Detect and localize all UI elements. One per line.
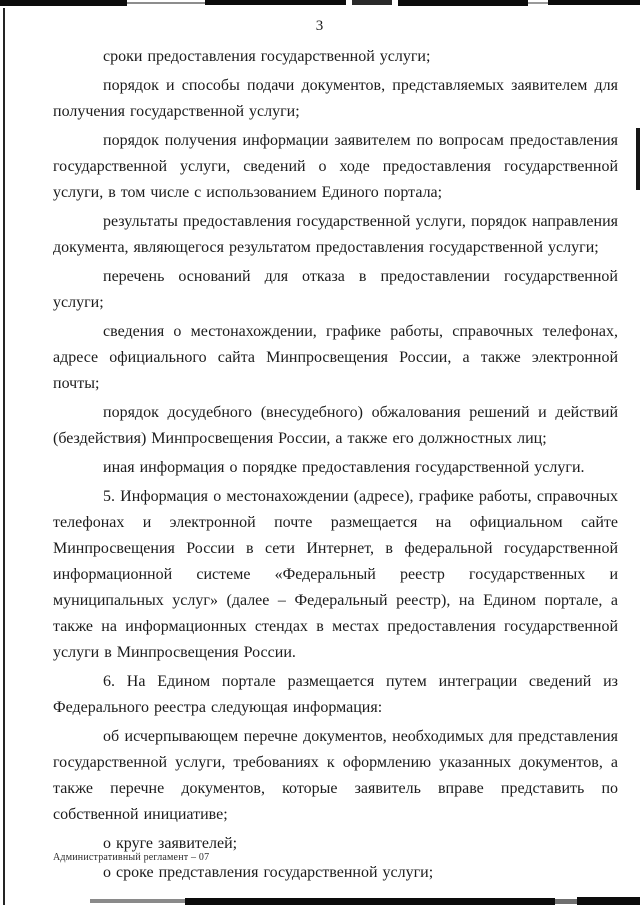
paragraph: порядок досудебного (внесудебного) обжал…: [53, 400, 618, 452]
scan-artifact-top-strip: [528, 2, 548, 4]
paragraph: о сроке представления государственной ус…: [53, 860, 618, 886]
paragraph: 5. Информация о местонахождении (адресе)…: [53, 484, 618, 666]
footer-document-label: Административный регламент – 07: [53, 852, 209, 863]
page-number: 3: [0, 18, 640, 35]
scan-artifact-left-border: [3, 8, 5, 905]
scan-artifact-bottom-strip: [577, 897, 640, 905]
scan-artifact-right-edge: [636, 128, 640, 190]
scan-artifact-top-strip: [548, 0, 640, 5]
paragraph: порядок и способы подачи документов, пре…: [53, 73, 618, 125]
paragraph: результаты предоставления государственно…: [53, 209, 618, 261]
scan-artifact-bottom-strip: [90, 899, 185, 903]
document-body: сроки предоставления государственной усл…: [53, 44, 618, 889]
scan-artifact-bottom-strip: [185, 898, 555, 905]
paragraph: об исчерпывающем перечне документов, нео…: [53, 724, 618, 828]
paragraph: 6. На Едином портале размещается путем и…: [53, 669, 618, 721]
scan-artifact-top-strip: [398, 0, 528, 6]
paragraph: порядок получения информации заявителем …: [53, 128, 618, 206]
scan-artifact-top-strip: [0, 0, 127, 6]
paragraph: перечень оснований для отказа в предоста…: [53, 264, 618, 316]
scan-artifact-bottom-strip: [555, 899, 577, 904]
paragraph: иная информация о порядке предоставления…: [53, 455, 618, 481]
scan-artifact-top-strip: [127, 2, 205, 4]
scan-artifact-top-strip: [205, 0, 346, 5]
paragraph: сведения о местонахождении, графике рабо…: [53, 319, 618, 397]
paragraph: сроки предоставления государственной усл…: [53, 44, 618, 70]
scan-artifact-top-strip: [352, 0, 392, 5]
